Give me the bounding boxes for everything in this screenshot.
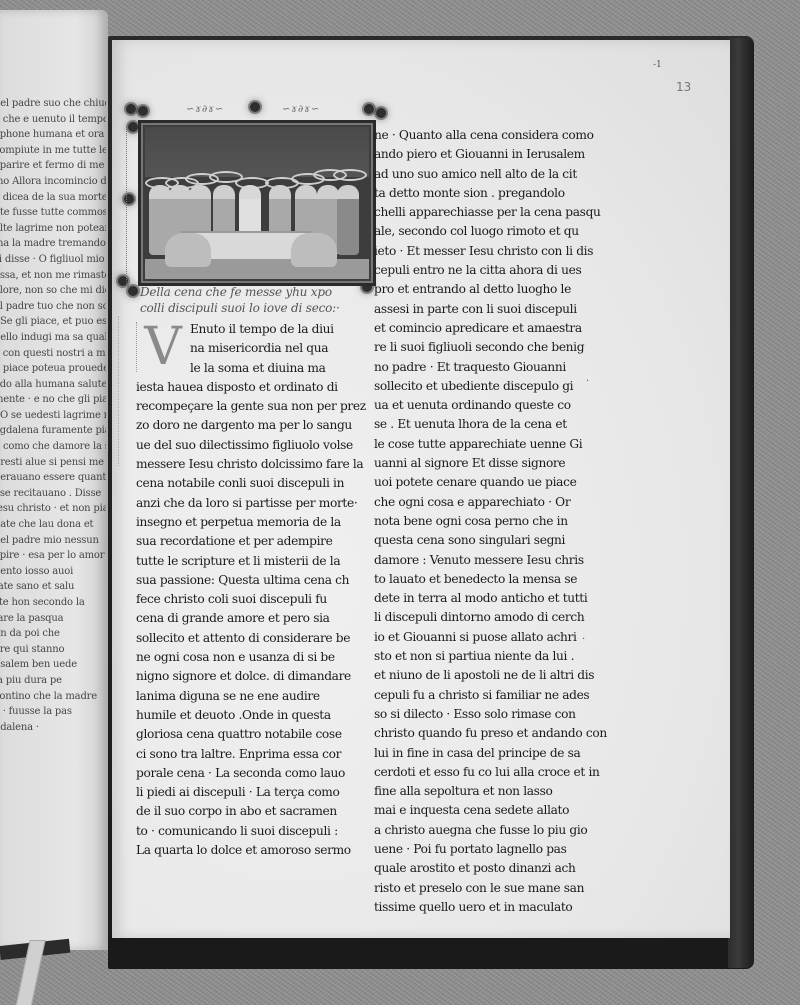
verso-text-block: del padre suo che chiudia iuo che e uenu…: [0, 96, 106, 735]
kneeling-apostle-figure: [165, 233, 211, 267]
text-line: o che e uenuto il tempo de la: [0, 112, 106, 128]
text-line: li piedi ai discepuli · La terça como: [136, 783, 344, 802]
rubric-line: colli discipuli suoi lo iove di seco:·: [140, 300, 376, 316]
text-line: sto et non si partiua niente da lui .: [374, 647, 580, 666]
text-line: re li suoi figliuoli secondo che benig: [374, 338, 580, 357]
apostle-figure: [337, 185, 359, 255]
text-line: ste hon secondo la: [0, 595, 106, 611]
text-line: tutte le scripture et li misterii de la: [136, 552, 344, 571]
text-line: ando piero et Giouanni in Ierusalem: [374, 145, 580, 164]
halo-icon: [333, 169, 367, 181]
text-line: uoi potete cenare quando ue piace: [374, 473, 580, 492]
text-line: gloriosa cena quattro notabile cose: [136, 725, 344, 744]
text-line: ossa, et non me rimasto cuore: [0, 268, 106, 284]
text-line: ne · Quanto alla cena considera como: [374, 126, 580, 145]
text-line: olte lagrime non poteano respo: [0, 221, 106, 237]
text-line: et comincio apredicare et amaestra: [374, 319, 580, 338]
text-line: dete in terra al modo anticho et tutti: [374, 589, 580, 608]
text-line: mai e inquesta cena sedete allato: [374, 801, 580, 820]
text-line: edo alla humana salute fina: [0, 377, 106, 393]
text-line: compiute in me tutte le profeta: [0, 143, 106, 159]
text-line: ose recitauano . Disse: [0, 486, 106, 502]
text-line: tate sano et salu: [0, 579, 106, 595]
marginal-mark: ·: [586, 376, 589, 387]
text-line: ore qui stanno: [0, 642, 106, 658]
text-line: porale cena · La seconda como lauo: [136, 764, 344, 783]
text-line: tissime quello uero et in maculato: [374, 898, 580, 917]
text-line: contino che la madre: [0, 689, 106, 705]
text-line: alore, non so che mi dica pero: [0, 283, 106, 299]
text-line: et niuno de li apostoli ne de li altri d…: [374, 666, 580, 685]
text-line: agdalena furamente piangere: [0, 423, 106, 439]
text-line: se . Et uenuta lhora de la cena et: [374, 415, 580, 434]
text-line: aparire et fermo di me noste: [0, 158, 106, 174]
text-line: apire · esa per lo amor: [0, 548, 106, 564]
text-line: e dicea de la sua morte, congiante: [0, 190, 106, 206]
verso-page: del padre suo che chiudia iuo che e uenu…: [0, 10, 108, 950]
text-line: to lauato et benedecto la mensa se: [374, 570, 580, 589]
text-line: lui in fine in casa del principe de sa: [374, 744, 580, 763]
text-line: questa cena sono singulari segni: [374, 531, 580, 550]
text-line: iesta hauea disposto et ordinato di: [136, 378, 344, 397]
text-line: so si dilecto · Esso solo rimase con: [374, 705, 580, 724]
text-line: uate che lau dona et: [0, 517, 106, 533]
text-line: perauano essere quanto di: [0, 470, 106, 486]
pen-flourish: ∽ɤ∂ɤ∽: [282, 104, 320, 115]
text-line: nota bene ogni cosa perno che in: [374, 512, 580, 531]
text-line: zo doro ne dargento ma per lo sangu: [136, 416, 344, 435]
text-line: uene · Poi fu portato lagnello pas: [374, 840, 580, 859]
text-line: del padre mio nessun: [0, 533, 106, 549]
text-line: sua recordatione et per adempire: [136, 532, 344, 551]
folio-mark: -1: [653, 60, 662, 70]
text-line: fare la pasqua: [0, 611, 106, 627]
pen-flourish: ∽ɤ∂ɤ∽: [186, 104, 224, 115]
text-line: ci sono tra laltre. Enprima essa cor: [136, 745, 344, 764]
text-line: ue del suo dilectissimo figliuolo volse: [136, 436, 344, 455]
folio-number: 13: [676, 80, 691, 94]
text-line: · Se gli piace, et puo esser pa: [0, 314, 106, 330]
text-line: al padre tuo che non so: [0, 299, 106, 315]
text-line: insegno et perpetua memoria de la: [136, 513, 344, 532]
text-line: ephone humana et ora scam: [0, 127, 106, 143]
text-line: fine alla sepoltura et non lasso: [374, 782, 580, 801]
text-line: cerdoti et esso fu co lui alla croce et …: [374, 763, 580, 782]
text-line: chelli apparechiasse per la cena pasqu: [374, 203, 580, 222]
text-line: nigno signore et dolce. di dimandare: [136, 667, 344, 686]
text-line: io et Giouanni si puose allato achri: [374, 628, 580, 647]
text-line: recompeçare la gente sua non per prez: [136, 397, 344, 416]
text-line: a christo auegna che fusse lo piu gio: [374, 821, 580, 840]
text-line: La quarta lo dolce et amoroso sermo: [136, 841, 344, 860]
text-line: del padre suo che chiudia iu: [0, 96, 106, 112]
text-line: fece christo coli suoi discepuli fu: [136, 590, 344, 609]
text-line: si disse · O figliuol mio tutto for: [0, 252, 106, 268]
text-line: de il suo corpo in abo et sacramen: [136, 802, 344, 821]
text-line: che ogni cosa e apparechiato · Or: [374, 493, 580, 512]
text-line: ne ogni cosa non e usanza di si be: [136, 648, 344, 667]
text-line: humile et deuoto .Onde in questa: [136, 706, 344, 725]
text-line: bello indugi ma sa quale: [0, 330, 106, 346]
kneeling-apostle-figure: [291, 233, 337, 267]
text-line: ma la madre tremando et non: [0, 236, 106, 252]
text-line: cepuli fu a christo si familiar ne ades: [374, 686, 580, 705]
text-line: lesu christo · et non piange: [0, 501, 106, 517]
text-line: a piace poteua prouedere per: [0, 361, 106, 377]
text-line: risto et preselo con le sue mane san: [374, 879, 580, 898]
last-supper-miniature: [138, 120, 376, 286]
text-line: un da poi che: [0, 626, 106, 642]
spray-ornament-icon: [126, 104, 136, 114]
text-line: mente · e no che gli piace sie: [0, 392, 106, 408]
text-line: · O se uedesti lagrime nostre: [0, 408, 106, 424]
spray-ornament-icon: [364, 104, 374, 114]
spray-ornament-icon: [376, 108, 386, 118]
text-line: christo quando fu preso et andando con: [374, 724, 580, 743]
text-line: anzi che da loro si partisse per morte·: [136, 494, 344, 513]
miniature-rubric: Della cena che fe messe yhu xpo colli di…: [140, 284, 376, 316]
text-line: le la soma et diuina ma: [136, 359, 344, 378]
text-line: gresti alue si pensi me: [0, 455, 106, 471]
text-line: ale, secondo col luogo rimoto et qu: [374, 222, 580, 241]
spray-ornament-icon: [250, 102, 260, 112]
text-line: Enuto il tempo de la diui: [136, 320, 344, 339]
text-line: na misericordia nel qua: [136, 339, 344, 358]
marginal-vine: [126, 126, 129, 286]
text-line: ieto · Et messer Iesu christo con li dis: [374, 242, 580, 261]
text-line: a con questi nostri a m: [0, 346, 106, 362]
text-line: gdalena ·: [0, 720, 106, 736]
text-line: to · comunicando li suoi discepuli :: [136, 822, 344, 841]
text-line: mo Allora incomincio durame: [0, 174, 106, 190]
text-line: cena notabile conli suoi discepuli in: [136, 474, 344, 493]
text-line: uanni al signore Et disse signore: [374, 454, 580, 473]
text-line: e · fuusse la pas: [0, 704, 106, 720]
marginal-mark: ·: [582, 634, 585, 645]
text-line: sua passione: Questa ultima cena ch: [136, 571, 344, 590]
text-line: damore : Venuto messere Iesu chris: [374, 551, 580, 570]
text-line: messere Iesu christo dolcissimo fare la: [136, 455, 344, 474]
text-line: lanima diguna se ne ene audire: [136, 687, 344, 706]
spray-ornament-icon: [128, 286, 138, 296]
text-line: assesi in parte con li suoi discepuli: [374, 300, 580, 319]
binding-fore-edge: [728, 38, 754, 968]
right-text-column: ne · Quanto alla cena considera comoando…: [374, 126, 580, 917]
text-line: le cose tutte apparechiate uenne Gi: [374, 435, 580, 454]
text-line: pro et entrando al detto luogho le: [374, 280, 580, 299]
spray-ornament-icon: [138, 106, 148, 116]
text-line: ua et uenuta ordinando queste co: [374, 396, 580, 415]
text-line: usalem ben uede: [0, 657, 106, 673]
text-line: cepuli entro ne la citta ahora di ues: [374, 261, 580, 280]
text-line: ote fusse tutte commosse et pe: [0, 205, 106, 221]
text-line: uento iosso auoi: [0, 564, 106, 580]
text-line: no padre · Et traquesto Giouanni: [374, 358, 580, 377]
text-line: quale arostito et posto dinanzi ach: [374, 859, 580, 878]
rubric-line: Della cena che fe messe yhu xpo: [140, 284, 376, 300]
text-line: li discepuli dintorno amodo di cerch: [374, 608, 580, 627]
manuscript-photograph: del padre suo che chiudia iuo che e uenu…: [0, 0, 800, 1005]
text-line: sollecito et attento di considerare be: [136, 629, 344, 648]
left-text-column: Enuto il tempo de la diuina misericordia…: [136, 320, 344, 860]
text-line: sollecito et ubediente discepulo gi: [374, 377, 580, 396]
text-line: li como che damore la sa: [0, 439, 106, 455]
text-line: ad uno suo amico nell alto de la cit: [374, 165, 580, 184]
text-line: ta detto monte sion . pregandolo: [374, 184, 580, 203]
text-line: la piu dura pe: [0, 673, 106, 689]
text-line: cena di grande amore et pero sia: [136, 609, 344, 628]
spray-ornament-icon: [128, 122, 138, 132]
